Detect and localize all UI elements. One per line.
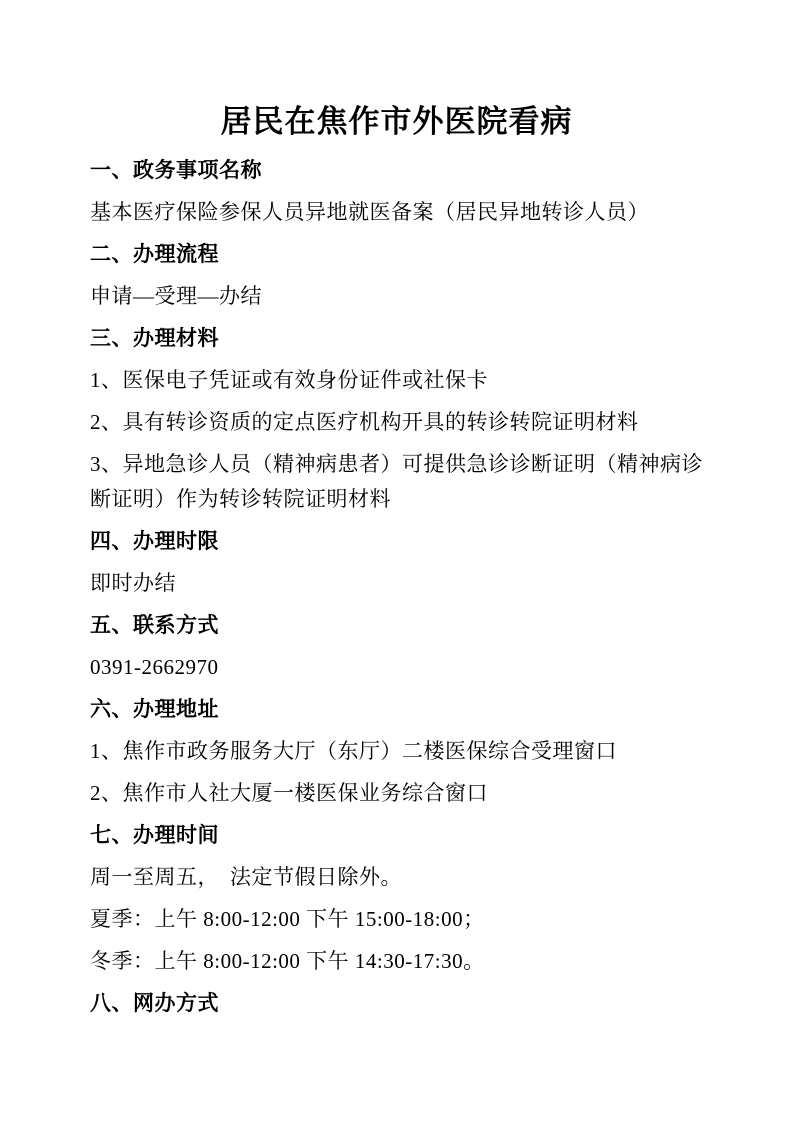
- paragraph: 3、异地急诊人员（精神病患者）可提供急诊诊断证明（精神病诊断证明）作为转诊转院证…: [90, 447, 703, 517]
- paragraph: 夏季：上午 8:00-12:00 下午 15:00-18:00；: [90, 902, 703, 937]
- paragraph: 冬季：上午 8:00-12:00 下午 14:30-17:30。: [90, 944, 703, 979]
- section-heading-3: 三、办理材料: [90, 321, 703, 356]
- section-heading-1: 一、政务事项名称: [90, 153, 703, 188]
- paragraph: 申请—受理—办结: [90, 279, 703, 314]
- paragraph: 周一至周五， 法定节假日除外。: [90, 860, 703, 895]
- paragraph-phone-number: 0391-2662970: [90, 650, 703, 685]
- document-page: 居民在焦作市外医院看病 一、政务事项名称 基本医疗保险参保人员异地就医备案（居民…: [0, 0, 793, 1122]
- paragraph: 2、具有转诊资质的定点医疗机构开具的转诊转院证明材料: [90, 405, 703, 440]
- paragraph: 2、焦作市人社大厦一楼医保业务综合窗口: [90, 776, 703, 811]
- section-heading-8: 八、网办方式: [90, 986, 703, 1021]
- document-title: 居民在焦作市外医院看病: [90, 103, 703, 141]
- paragraph: 1、医保电子凭证或有效身份证件或社保卡: [90, 363, 703, 398]
- section-heading-6: 六、办理地址: [90, 692, 703, 727]
- paragraph: 1、焦作市政务服务大厅（东厅）二楼医保综合受理窗口: [90, 734, 703, 769]
- paragraph: 即时办结: [90, 566, 703, 601]
- section-heading-4: 四、办理时限: [90, 524, 703, 559]
- paragraph: 基本医疗保险参保人员异地就医备案（居民异地转诊人员）: [90, 195, 703, 230]
- section-heading-5: 五、联系方式: [90, 608, 703, 643]
- section-heading-7: 七、办理时间: [90, 818, 703, 853]
- section-heading-2: 二、办理流程: [90, 237, 703, 272]
